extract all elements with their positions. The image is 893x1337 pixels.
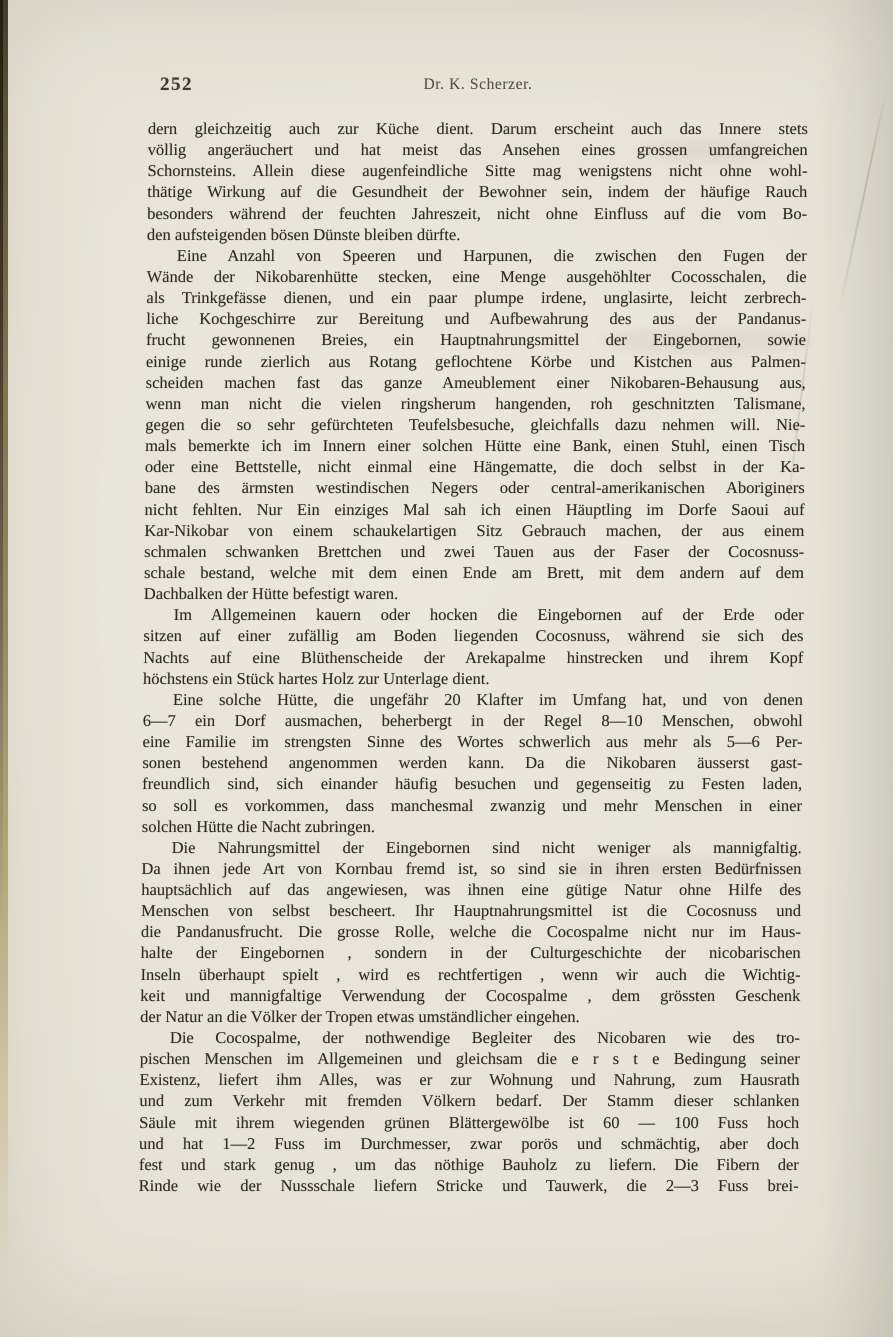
text-line: besonders während der feuchten Jahreszei… [147,203,807,224]
text-line: pischen Menschen im Allgemeinen und glei… [140,1048,800,1069]
text-line: als Trinkgefässe dienen, und ein paar pl… [146,287,806,308]
text-line: Kar-Nikobar von einem schaukelartigen Si… [144,520,804,541]
text-block: dern gleichzeitig auch zur Küche dient. … [139,118,808,1196]
text-line: Säule mit ihrem wiegenden grünen Blätter… [139,1112,799,1133]
text-line: einige runde zierlich aus Rotang gefloch… [146,351,806,372]
text-line: freundlich sind, sich einander häufig be… [142,773,802,794]
text-line: sitzen auf einer zufällig am Boden liege… [143,625,803,646]
text-line: frucht gewonnenen Breies, ein Hauptnahru… [146,329,806,350]
paragraph: Eine Anzahl von Speeren und Harpunen, di… [144,245,807,604]
text-line: keit und mannigfaltige Verwendung der Co… [140,985,800,1006]
text-line: Die Nahrungsmittel der Eingebornen sind … [142,837,802,858]
book-gutter-edge-dark [0,0,3,936]
text-line: schale bestand, welche mit dem einen End… [144,562,804,583]
text-line: solchen Hütte die Nacht zubringen. [142,816,802,837]
text-line: Nachts auf eine Blüthenscheide der Areka… [143,647,803,668]
text-line: die Pandanusfrucht. Die grosse Rolle, we… [141,921,801,942]
page-header: 252 Dr. K. Scherzer. [148,74,808,100]
text-line: Schornsteins. Allein diese augenfeindlic… [147,160,807,181]
text-line: thätige Wirkung auf die Gesundheit der B… [147,181,807,202]
text-line: Im Allgemeinen kauern oder hocken die Ei… [144,604,804,625]
text-line: scheiden machen fast das ganze Ameubleme… [146,372,806,393]
paragraph: Die Nahrungsmittel der Eingebornen sind … [140,837,802,1027]
running-title: Dr. K. Scherzer. [148,76,808,94]
text-line: oder eine Bettstelle, nicht einmal eine … [145,456,805,477]
text-line: wenn man nicht die vielen ringsherum han… [145,393,805,414]
text-line: dern gleichzeitig auch zur Küche dient. … [148,118,808,139]
text-line: und zum Verkehr mit fremden Völkern beda… [139,1090,799,1111]
text-line: schmalen schwanken Brettchen und zwei Ta… [144,541,804,562]
text-line: den aufsteigenden bösen Dünste bleiben d… [147,224,807,245]
text-line: der Natur an die Völker der Tropen etwas… [140,1006,800,1027]
text-line: Wände der Nikobarenhütte stecken, eine M… [147,266,807,287]
book-page: 252 Dr. K. Scherzer. dern gleichzeitig a… [0,0,893,1337]
paragraph: Im Allgemeinen kauern oder hocken die Ei… [143,604,804,689]
text-line: Menschen von selbst bescheert. Ihr Haupt… [141,900,801,921]
text-line: völlig angeräuchert und hat meist das An… [148,139,808,160]
paragraph: Die Cocospalme, der nothwendige Begleite… [139,1027,800,1196]
text-line: mals bemerkte ich im Innern einer solche… [145,435,805,456]
text-line: halte der Eingebornen , sondern in der C… [141,942,801,963]
text-line: höchstens ein Stück hartes Holz zur Unte… [143,668,803,689]
text-line: Existenz, liefert ihm Alles, was er zur … [140,1069,800,1090]
text-line: eine Familie im strengsten Sinne des Wor… [142,731,802,752]
text-line: sonen bestehend angenommen werden kann. … [142,752,802,773]
paragraph: Eine solche Hütte, die ungefähr 20 Klaft… [142,689,803,837]
text-line: Dachbalken der Hütte befestigt waren. [144,583,804,604]
text-line: Rinde wie der Nussschale liefern Stricke… [139,1175,799,1196]
text-line: Eine solche Hütte, die ungefähr 20 Klaft… [143,689,803,710]
text-line: liche Kochgeschirre zur Bereitung und Au… [146,308,806,329]
text-line: Die Cocospalme, der nothwendige Begleite… [140,1027,800,1048]
page-curvature-shade [821,0,893,1337]
text-line: hauptsächlich auf das angewiesen, was ih… [141,879,801,900]
text-line: und hat 1—2 Fuss im Durchmesser, zwar po… [139,1133,799,1154]
paragraph: dern gleichzeitig auch zur Küche dient. … [147,118,808,245]
text-line: nicht fehlten. Nur Ein einziges Mal sah … [144,499,804,520]
text-line: gegen die so sehr gefürchteten Teufelsbe… [145,414,805,435]
text-line: 6—7 ein Dorf ausmachen, beherbergt in de… [143,710,803,731]
text-line: so soll es vorkommen, dass manchesmal zw… [142,795,802,816]
text-line: bane des ärmsten westindischen Negers od… [145,477,805,498]
text-line: Da ihnen jede Art von Kornbau fremd ist,… [141,858,801,879]
text-line: Inseln überhaupt spielt , wird es rechtf… [140,964,800,985]
text-line: Eine Anzahl von Speeren und Harpunen, di… [147,245,807,266]
text-line: fest und stark genug , um das nöthige Ba… [139,1154,799,1175]
